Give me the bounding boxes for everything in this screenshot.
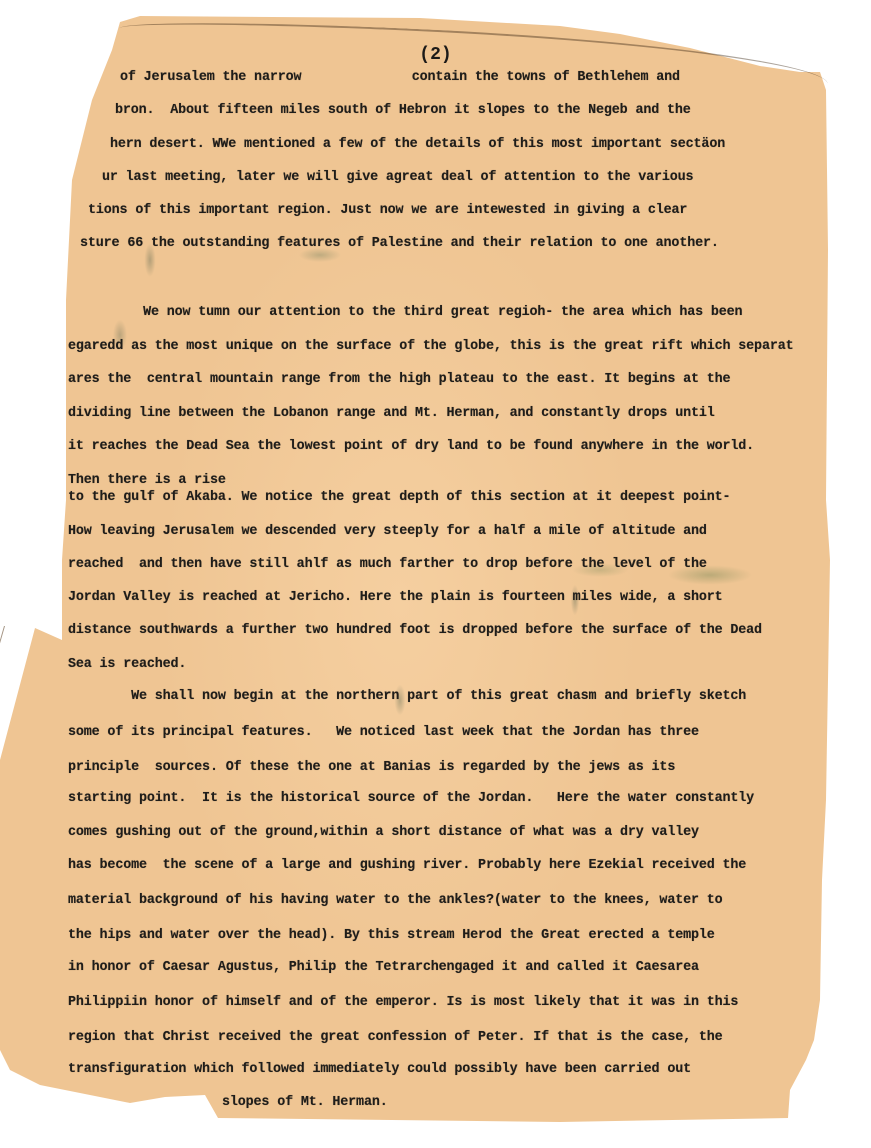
text-line: it reaches the Dead Sea the lowest point… bbox=[68, 439, 754, 454]
text-line: the hips and water over the head). By th… bbox=[68, 928, 715, 943]
page-number: (2) bbox=[0, 45, 871, 65]
text-line: slopes of Mt. Herman. bbox=[222, 1095, 388, 1110]
text-line: sture 66 the outstanding features of Pal… bbox=[80, 236, 719, 251]
text-line: Sea is reached. bbox=[68, 657, 186, 672]
text-line: starting point. It is the historical sou… bbox=[68, 791, 754, 806]
text-line: We shall now begin at the northern part … bbox=[68, 689, 746, 704]
text-line: comes gushing out of the ground,within a… bbox=[68, 825, 699, 840]
text-line: tions of this important region. Just now… bbox=[88, 203, 687, 218]
text-line: material background of his having water … bbox=[68, 893, 723, 908]
text-line: in honor of Caesar Agustus, Philip the T… bbox=[68, 960, 699, 975]
text-line: ur last meeting, later we will give agre… bbox=[102, 170, 693, 185]
text-line: transfiguration which followed immediate… bbox=[68, 1062, 691, 1077]
text-line: bron. About fifteen miles south of Hebro… bbox=[115, 103, 691, 118]
text-line: dividing line between the Lobanon range … bbox=[68, 406, 715, 421]
text-line: ares the central mountain range from the… bbox=[68, 372, 730, 387]
text-line: has become the scene of a large and gush… bbox=[68, 858, 746, 873]
text-line: reached and then have still ahlf as much… bbox=[68, 557, 707, 572]
text-line: of Jerusalem the narrow contain the town… bbox=[120, 70, 680, 85]
text-line: region that Christ received the great co… bbox=[68, 1030, 723, 1045]
text-line: egaredd as the most unique on the surfac… bbox=[68, 339, 793, 354]
text-line: Then there is a rise bbox=[68, 473, 226, 488]
text-line: to the gulf of Akaba. We notice the grea… bbox=[68, 490, 730, 505]
text-line: principle sources. Of these the one at B… bbox=[68, 760, 675, 775]
text-line: Jordan Valley is reached at Jericho. Her… bbox=[68, 590, 723, 605]
text-line: some of its principal features. We notic… bbox=[68, 725, 699, 740]
text-line: distance southwards a further two hundre… bbox=[68, 623, 762, 638]
text-line: How leaving Jerusalem we descended very … bbox=[68, 524, 707, 539]
text-line: Philippiin honor of himself and of the e… bbox=[68, 995, 738, 1010]
text-line: We now tumn our attention to the third g… bbox=[80, 305, 742, 320]
text-line: hern desert. WWe mentioned a few of the … bbox=[110, 137, 725, 152]
